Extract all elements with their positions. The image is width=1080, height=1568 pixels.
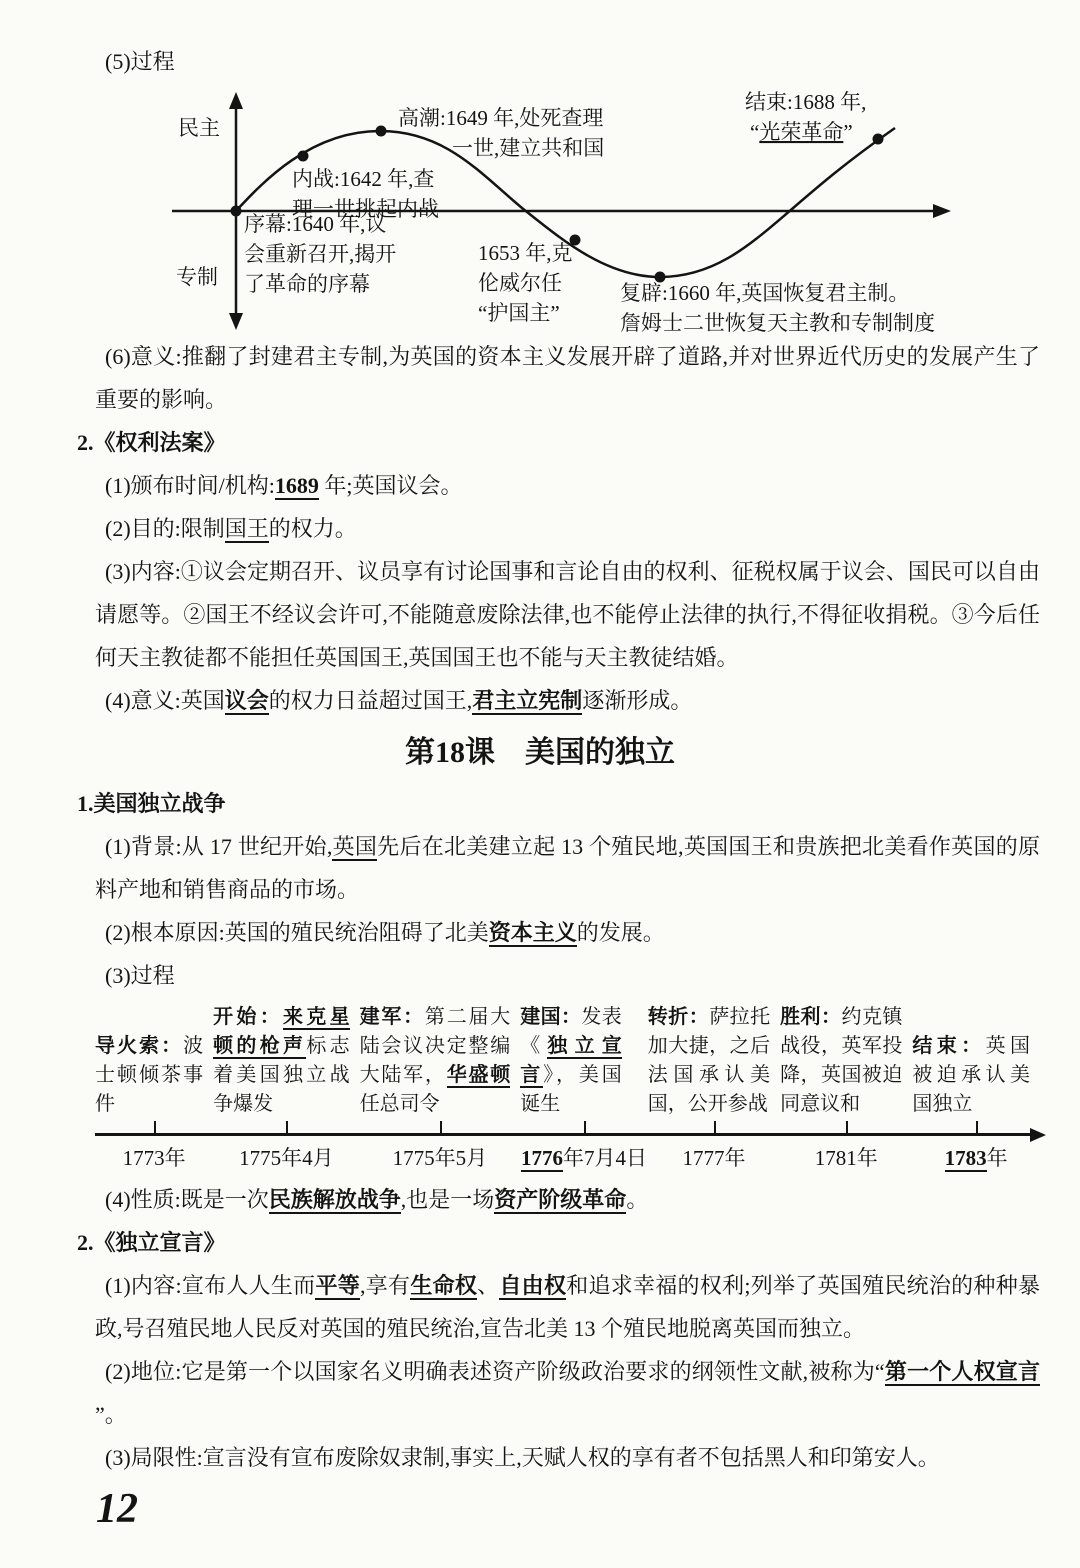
label-end-1688: 结束:1688 年,	[745, 90, 866, 114]
decl-item-limitation: (3)局限性:宣言没有宣布废除奴隶制,事实上,天赋人权的享有者不包括黑人和印第安…	[95, 1436, 1040, 1479]
lesson-18-title: 第18课 美国的独立	[0, 726, 1080, 780]
decl-item-status: (2)地位:它是第一个以国家名义明确表述资产阶级政治要求的纲领性文献,被称为“第…	[95, 1350, 1040, 1436]
timeline-event-victory: 胜利：约克镇战役，英军投降，英国被迫同意议和	[780, 1003, 912, 1119]
timeline-tick	[154, 1121, 156, 1133]
label-climax-1649: 高潮:1649 年,处死查理	[398, 106, 603, 130]
timeline-tick	[846, 1121, 848, 1133]
timeline-tick	[714, 1121, 716, 1133]
decl-item-content: (1)内容:宣布人人生而平等,享有生命权、自由权和追求幸福的权利;列举了英国殖民…	[95, 1264, 1040, 1350]
label-cromwell-1653-line2: 伦威尔任	[478, 271, 562, 295]
timeline-axis	[95, 1119, 1040, 1136]
timeline-tick	[976, 1121, 978, 1133]
bill-item-purpose: (2)目的:限制国王的权力。	[95, 507, 1040, 550]
revolution-curve-diagram: 民主 专制 高潮:1649 年,处死查理 一世,建立共和国 结束:1688 年,…	[0, 83, 1080, 335]
bill-item-meaning: (4)意义:英国议会的权力日益超过国王,君主立宪制逐渐形成。	[95, 679, 1040, 722]
y-axis-label-democracy: 民主	[178, 116, 220, 140]
timeline-date-1775-04: 1775年4月	[213, 1142, 359, 1174]
label-cromwell-1653: 1653 年,克	[478, 241, 573, 265]
label-cromwell-1653-line3: “护国主”	[478, 301, 560, 325]
timeline-tick	[584, 1121, 586, 1133]
timeline-dates: 1773年 1775年4月 1775年5月 1776年7月4日 1777年 17…	[95, 1136, 1040, 1174]
label-prologue-1640-line3: 了革命的序幕	[244, 272, 370, 296]
heading-declaration: 2.《独立宣言》	[77, 1221, 1040, 1264]
timeline-tick	[286, 1121, 288, 1133]
timeline-arrow	[1030, 1128, 1046, 1142]
label-restoration-1660: 复辟:1660 年,英国恢复君主制。	[620, 281, 909, 305]
label-restoration-1660-line2: 詹姆士二世恢复天主教和专制制度	[620, 311, 935, 335]
timeline-event-turning-point: 转折：萨拉托加大捷，之后法国承认美国，公开参战	[648, 1003, 780, 1119]
war-item-background: (1)背景:从 17 世纪开始,英国先后在北美建立起 13 个殖民地,英国国王和…	[95, 825, 1040, 911]
label-civil-war-1642: 内战:1642 年,查	[292, 167, 434, 191]
label-glorious-revolution: “光荣革命”	[750, 120, 853, 144]
war-item-root-cause: (2)根本原因:英国的殖民统治阻碍了北美资本主义的发展。	[95, 911, 1040, 954]
timeline-date-1781: 1781年	[780, 1142, 912, 1174]
war-item-nature: (4)性质:既是一次民族解放战争,也是一场资产阶级革命。	[95, 1178, 1040, 1221]
timeline-descriptions: 导火索：波士顿倾茶事件 开始：来克星顿的枪声标志着美国独立战争爆发 建军：第二届…	[95, 1003, 1040, 1119]
timeline-event-army: 建军：第二届大陆会议决定整编大陆军，华盛顿任总司令	[360, 1003, 521, 1119]
timeline-event-founding: 建国：发表《独立宣言》，美国诞生	[520, 1003, 648, 1119]
timeline-event-end: 结束：英国被迫承认美国独立	[912, 1032, 1040, 1119]
heading-bill-of-rights: 2.《权利法案》	[77, 421, 1040, 464]
bill-item-time: (1)颁布时间/机构:1689 年;英国议会。	[95, 464, 1040, 507]
textbook-page: (5)过程 民主 专制 高潮:1649 年,处死查理 一世,建立共和国 结束:1…	[0, 0, 1080, 1533]
label-prologue-1640: 序幕:1640 年,议	[244, 212, 386, 236]
timeline-event-fuse: 导火索：波士顿倾茶事件	[95, 1032, 213, 1119]
y-axis-label-autocracy: 专制	[176, 265, 218, 289]
timeline-date-1776-07-04: 1776年7月4日	[520, 1142, 648, 1174]
timeline-date-1783: 1783年	[912, 1142, 1040, 1174]
page-number: 12	[96, 1485, 1080, 1533]
heading-independence-war: 1.美国独立战争	[77, 782, 1040, 825]
paragraph-meaning-6: (6)意义:推翻了封建君主专制,为英国的资本主义发展开辟了道路,并对世界近代历史…	[95, 335, 1040, 421]
bill-item-content: (3)内容:①议会定期召开、议员享有讨论国事和言论自由的权利、征税权属于议会、国…	[95, 550, 1040, 679]
timeline-tick	[440, 1121, 442, 1133]
independence-war-timeline: 导火索：波士顿倾茶事件 开始：来克星顿的枪声标志着美国独立战争爆发 建军：第二届…	[95, 1003, 1040, 1174]
war-item-process-label: (3)过程	[95, 954, 1040, 997]
timeline-date-1773: 1773年	[95, 1142, 213, 1174]
timeline-event-start: 开始：来克星顿的枪声标志着美国独立战争爆发	[213, 1003, 359, 1119]
process-label-5: (5)过程	[95, 40, 1040, 83]
label-prologue-1640-line2: 会重新召开,揭开	[244, 242, 396, 266]
timeline-date-1775-05: 1775年5月	[360, 1142, 521, 1174]
label-climax-1649-line2: 一世,建立共和国	[452, 136, 604, 160]
timeline-date-1777: 1777年	[648, 1142, 780, 1174]
